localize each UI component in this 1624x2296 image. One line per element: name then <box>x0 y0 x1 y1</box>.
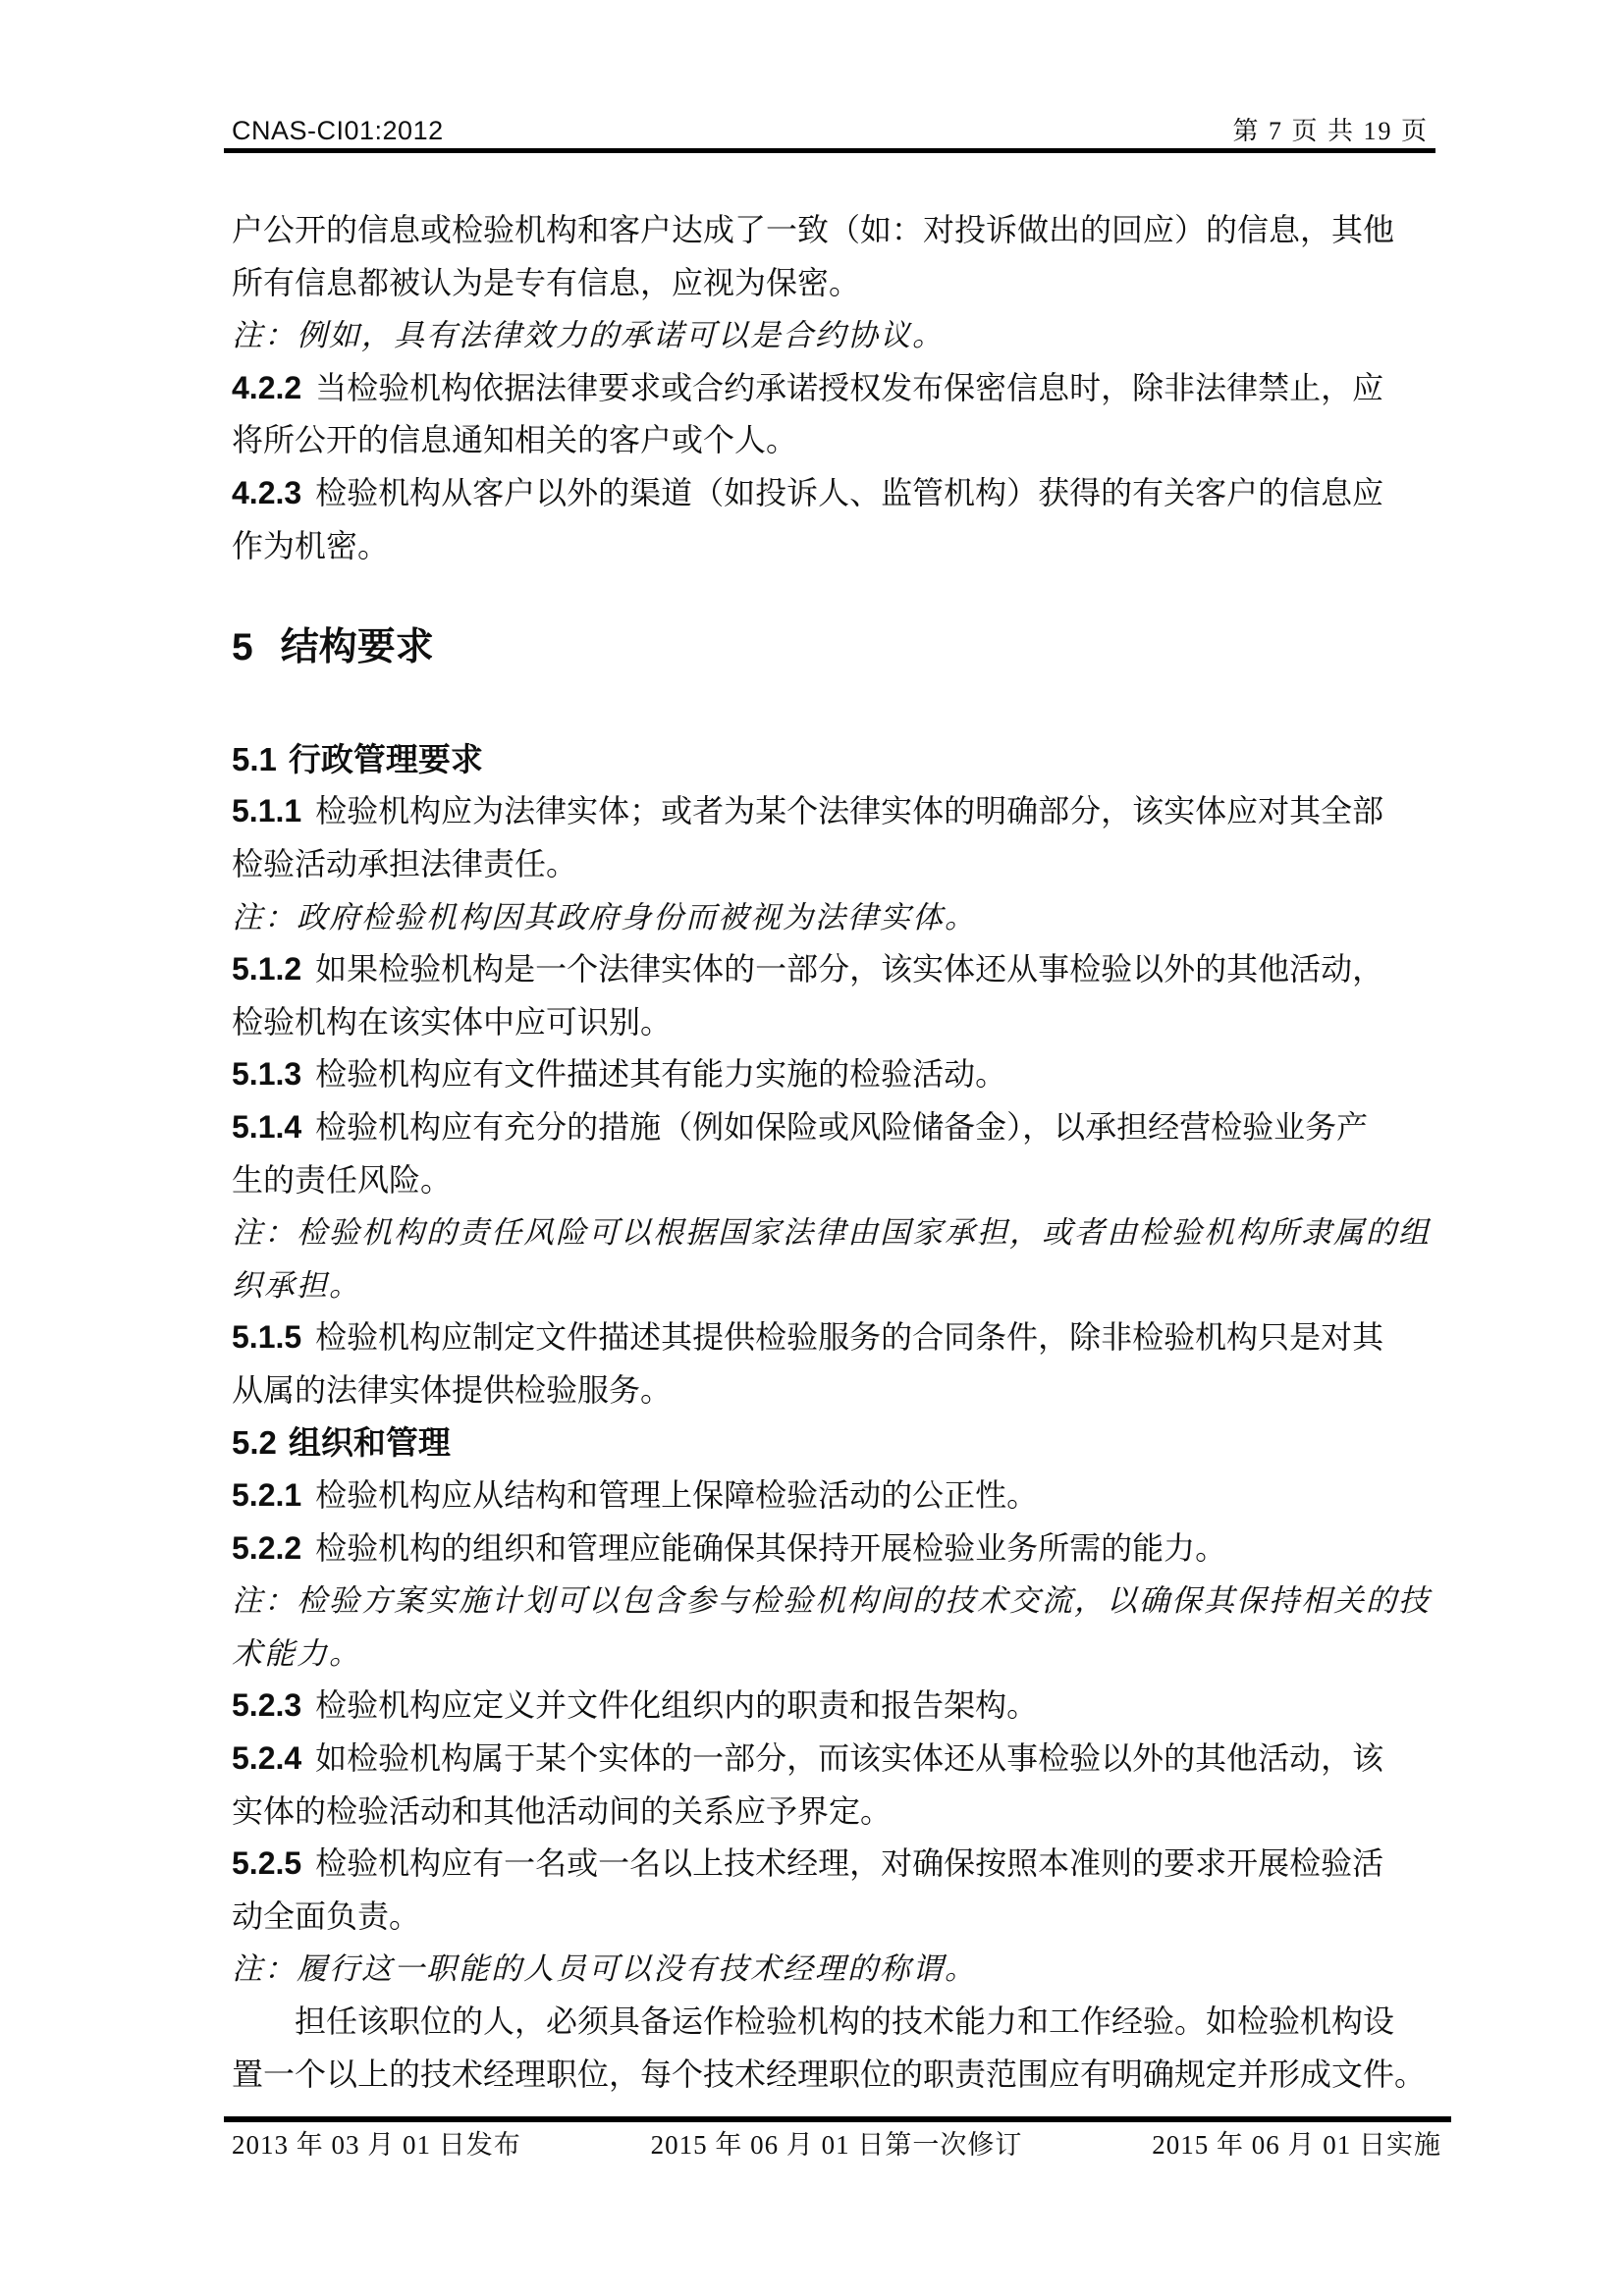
line-text: 户公开的信息或检验机构和客户达成了一致（如：对投诉做出的回应）的信息，其他 <box>232 212 1394 247</box>
line-text: 作为机密。 <box>232 528 389 563</box>
body-line: 检验活动承担法律责任。 <box>232 838 1434 891</box>
footer-revision-date: 2015 年 06 月 01 日第一次修订 <box>651 2130 1023 2160</box>
document-page: CNAS-CI01:2012 第 7 页 共 19 页 户公开的信息或检验机构和… <box>0 0 1624 2296</box>
clause-number: 4.2.2 <box>232 370 301 405</box>
body-line: 户公开的信息或检验机构和客户达成了一致（如：对投诉做出的回应）的信息，其他 <box>232 204 1434 257</box>
line-text: 实体的检验活动和其他活动间的关系应予界定。 <box>232 1793 892 1829</box>
clause-5.1.3: 5.1.3检验机构应有文件描述其有能力实施的检验活动。 <box>232 1048 1434 1101</box>
line-text: 行政管理要求 <box>289 741 483 777</box>
header-rule <box>224 148 1435 153</box>
body-line: 检验机构在该实体中应可识别。 <box>232 996 1434 1049</box>
clause-number: 5.2.1 <box>232 1477 301 1513</box>
line-text: 检验机构应为法律实体；或者为某个法律实体的明确部分，该实体应对其全部 <box>315 793 1383 828</box>
line-text: 注：履行这一职能的人员可以没有技术经理的称谓。 <box>232 1951 977 1986</box>
subsection-heading: 5.2组织和管理 <box>232 1416 1434 1469</box>
line-text: 注：检验方案实施计划可以包含参与检验机构间的技术交流，以确保其保持相关的技 <box>232 1583 1431 1618</box>
footer-implementation-date: 2015 年 06 月 01 日实施 <box>1152 2130 1441 2160</box>
line-text: 所有信息都被认为是专有信息，应视为保密。 <box>232 265 860 300</box>
footer-rule <box>224 2116 1451 2122</box>
body-line: 生的责任风险。 <box>232 1154 1434 1207</box>
section-heading: 5结构要求 <box>232 621 1434 674</box>
line-text: 检验机构从客户以外的渠道（如投诉人、监管机构）获得的有关客户的信息应 <box>315 475 1383 510</box>
page-header: CNAS-CI01:2012 第 7 页 共 19 页 <box>232 116 1429 146</box>
clause-5.2.1: 5.2.1检验机构应从结构和管理上保障检验活动的公正性。 <box>232 1469 1434 1522</box>
line-text: 从属的法律实体提供检验服务。 <box>232 1372 672 1408</box>
clause-number: 5.1.2 <box>232 951 301 987</box>
subsection-heading: 5.1行政管理要求 <box>232 733 1434 786</box>
clause-number: 5.1.1 <box>232 793 301 828</box>
clause-number: 5.2.3 <box>232 1687 301 1723</box>
header-document-number: CNAS-CI01:2012 <box>232 116 444 145</box>
clause-5.1.2: 5.1.2如果检验机构是一个法律实体的一部分，该实体还从事检验以外的其他活动， <box>232 943 1434 996</box>
clause-number: 5.2.2 <box>232 1530 301 1566</box>
note-line: 注：例如，具有法律效力的承诺可以是合约协议。 <box>232 309 1434 362</box>
line-text: 当检验机构依据法律要求或合约承诺授权发布保密信息时，除非法律禁止，应 <box>315 370 1383 405</box>
note-line: 注：检验机构的责任风险可以根据国家法律由国家承担，或者由检验机构所隶属的组 <box>232 1206 1434 1259</box>
clause-4.2.3: 4.2.3检验机构从客户以外的渠道（如投诉人、监管机构）获得的有关客户的信息应 <box>232 467 1434 520</box>
clause-number: 5 <box>232 626 253 668</box>
clause-5.1.1: 5.1.1检验机构应为法律实体；或者为某个法律实体的明确部分，该实体应对其全部 <box>232 785 1434 838</box>
clause-5.2.4: 5.2.4如检验机构属于某个实体的一部分，而该实体还从事检验以外的其他活动，该 <box>232 1733 1434 1786</box>
note-line: 注：检验方案实施计划可以包含参与检验机构间的技术交流，以确保其保持相关的技 <box>232 1575 1434 1628</box>
body-line: 所有信息都被认为是专有信息，应视为保密。 <box>232 257 1434 310</box>
line-text: 检验机构应有充分的措施（例如保险或风险储备金），以承担经营检验业务产 <box>315 1109 1368 1145</box>
clause-number: 5.1.4 <box>232 1109 301 1145</box>
line-text: 如果检验机构是一个法律实体的一部分，该实体还从事检验以外的其他活动， <box>315 951 1383 987</box>
clause-number: 4.2.3 <box>232 475 301 510</box>
clause-5.1.4: 5.1.4检验机构应有充分的措施（例如保险或风险储备金），以承担经营检验业务产 <box>232 1101 1434 1154</box>
line-text: 检验机构应有文件描述其有能力实施的检验活动。 <box>315 1056 1006 1092</box>
line-text: 织承担。 <box>232 1268 361 1303</box>
line-text: 组织和管理 <box>289 1424 451 1461</box>
line-text: 术能力。 <box>232 1636 361 1671</box>
body-line: 将所公开的信息通知相关的客户或个人。 <box>232 414 1434 467</box>
clause-number: 5.2 <box>232 1424 277 1461</box>
page-footer: 2013 年 03 月 01 日发布 2015 年 06 月 01 日第一次修订… <box>232 2130 1441 2160</box>
clause-number: 5.2.5 <box>232 1845 301 1881</box>
line-text: 生的责任风险。 <box>232 1162 452 1198</box>
body-line: 实体的检验活动和其他活动间的关系应予界定。 <box>232 1786 1434 1839</box>
note-line: 术能力。 <box>232 1628 1434 1681</box>
body-line: 担任该职位的人，必须具备运作检验机构的技术能力和工作经验。如检验机构设 <box>232 1996 1434 2049</box>
document-body: 户公开的信息或检验机构和客户达成了一致（如：对投诉做出的回应）的信息，其他所有信… <box>232 204 1434 2101</box>
line-text: 检验活动承担法律责任。 <box>232 846 577 881</box>
line-text: 将所公开的信息通知相关的客户或个人。 <box>232 422 797 457</box>
line-text: 注：政府检验机构因其政府身份而被视为法律实体。 <box>232 900 977 934</box>
clause-4.2.2: 4.2.2当检验机构依据法律要求或合约承诺授权发布保密信息时，除非法律禁止，应 <box>232 362 1434 415</box>
line-text: 注：例如，具有法律效力的承诺可以是合约协议。 <box>232 318 945 352</box>
line-text: 检验机构在该实体中应可识别。 <box>232 1004 672 1040</box>
clause-5.1.5: 5.1.5检验机构应制定文件描述其提供检验服务的合同条件，除非检验机构只是对其 <box>232 1311 1434 1364</box>
footer-publish-date: 2013 年 03 月 01 日发布 <box>232 2130 521 2160</box>
line-text: 置一个以上的技术经理职位，每个技术经理职位的职责范围应有明确规定并形成文件。 <box>232 2056 1426 2092</box>
line-text: 检验机构应有一名或一名以上技术经理，对确保按照本准则的要求开展检验活 <box>315 1845 1383 1881</box>
body-line: 从属的法律实体提供检验服务。 <box>232 1364 1434 1417</box>
line-text: 如检验机构属于某个实体的一部分，而该实体还从事检验以外的其他活动，该 <box>315 1740 1383 1776</box>
body-line: 置一个以上的技术经理职位，每个技术经理职位的职责范围应有明确规定并形成文件。 <box>232 2049 1434 2102</box>
body-line: 动全面负责。 <box>232 1891 1434 1944</box>
line-text: 检验机构应定义并文件化组织内的职责和报告架构。 <box>315 1687 1038 1723</box>
clause-number: 5.1.3 <box>232 1056 301 1092</box>
clause-number: 5.1.5 <box>232 1319 301 1355</box>
note-line: 注：履行这一职能的人员可以没有技术经理的称谓。 <box>232 1943 1434 1996</box>
clause-5.2.2: 5.2.2检验机构的组织和管理应能确保其保持开展检验业务所需的能力。 <box>232 1522 1434 1575</box>
line-text: 担任该职位的人，必须具备运作检验机构的技术能力和工作经验。如检验机构设 <box>295 2003 1394 2039</box>
clause-number: 5.2.4 <box>232 1740 301 1776</box>
clause-number: 5.1 <box>232 741 277 777</box>
note-line: 织承担。 <box>232 1259 1434 1312</box>
header-page-indicator: 第 7 页 共 19 页 <box>1232 117 1429 146</box>
line-text: 动全面负责。 <box>232 1898 420 1934</box>
line-text: 检验机构的组织和管理应能确保其保持开展检验业务所需的能力。 <box>315 1530 1226 1566</box>
line-text: 检验机构应制定文件描述其提供检验服务的合同条件，除非检验机构只是对其 <box>315 1319 1383 1355</box>
body-line: 作为机密。 <box>232 520 1434 573</box>
line-text: 注：检验机构的责任风险可以根据国家法律由国家承担，或者由检验机构所隶属的组 <box>232 1215 1431 1250</box>
line-text: 检验机构应从结构和管理上保障检验活动的公正性。 <box>315 1477 1038 1513</box>
clause-5.2.3: 5.2.3检验机构应定义并文件化组织内的职责和报告架构。 <box>232 1680 1434 1733</box>
note-line: 注：政府检验机构因其政府身份而被视为法律实体。 <box>232 891 1434 944</box>
line-text: 结构要求 <box>281 626 434 668</box>
clause-5.2.5: 5.2.5检验机构应有一名或一名以上技术经理，对确保按照本准则的要求开展检验活 <box>232 1838 1434 1891</box>
